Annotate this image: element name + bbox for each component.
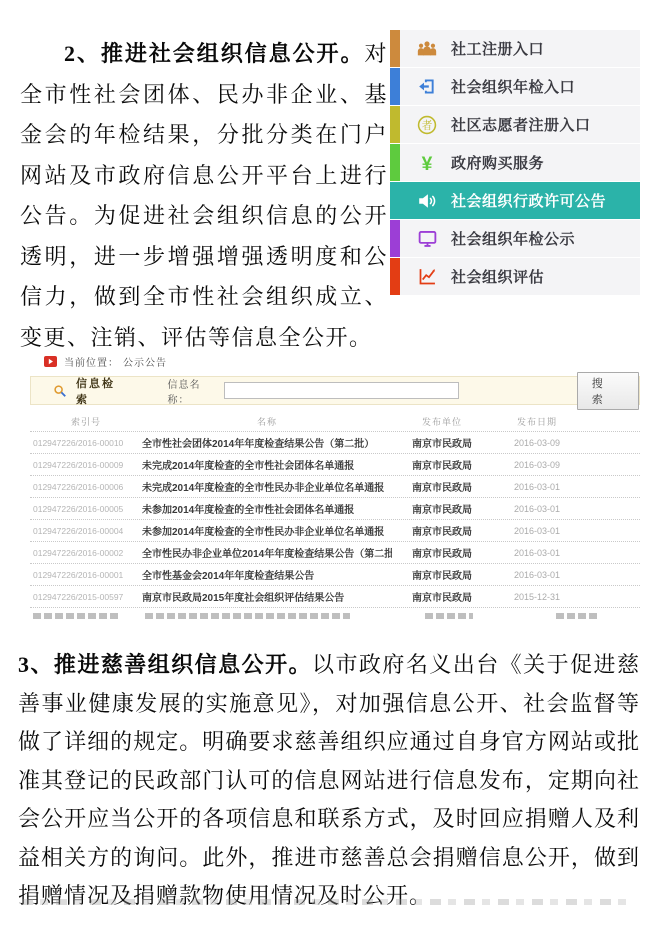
sidebar-item-7[interactable]: 社会组织评估 [390, 258, 640, 295]
cell-index-number: 012947226/2016-00002 [30, 548, 142, 558]
cell-title-link[interactable]: 全市性民办非企业单位2014年年度检查结果公告（第二批） [142, 545, 392, 560]
sidebar-item-5[interactable]: 社会组织行政许可公告 [390, 182, 640, 219]
search-field-label: 信息名称： [168, 376, 220, 406]
cell-index-number: 012947226/2016-00009 [30, 460, 142, 470]
cell-publish-date: 2016-03-01 [492, 548, 582, 558]
search-panel-title: 信息检索 [76, 375, 126, 407]
cell-title-link[interactable]: 未完成2014年度检查的全市性社会团体名单通报 [142, 457, 392, 472]
section-2-body: 对全市性社会团体、民办非企业、基金会的年检结果，分批分类在门户网站及市政府信息公… [20, 41, 388, 350]
table-header-row: 索引号 名称 发布单位 发布日期 [30, 412, 640, 432]
volunteer-icon: 者 [415, 113, 439, 137]
sidebar-item-label: 社工注册入口 [451, 38, 544, 59]
sidebar-item-label: 社会组织年检公示 [451, 228, 575, 249]
sidebar-menu: 社工注册入口社会组织年检入口者社区志愿者注册入口¥政府购买服务社会组织行政许可公… [390, 30, 640, 296]
cell-title-link[interactable]: 南京市民政局2015年度社会组织评估结果公告 [142, 589, 392, 604]
svg-text:¥: ¥ [422, 153, 433, 173]
header-index: 索引号 [30, 415, 142, 428]
clipped-text-line [22, 899, 632, 905]
section-3-body: 以市政府名义出台《关于促进慈善事业健康发展的实施意见》，对加强信息公开、社会监督… [18, 652, 640, 908]
search-button[interactable]: 搜 索 [577, 372, 639, 410]
cell-publish-date: 2016-03-01 [492, 570, 582, 580]
people-icon [415, 37, 439, 61]
cell-publish-date: 2016-03-01 [492, 504, 582, 514]
clipped-cell [33, 613, 121, 619]
sidebar-item-label: 政府购买服务 [451, 152, 544, 173]
svg-text:者: 者 [422, 118, 433, 131]
clipped-cell [145, 613, 350, 619]
item-color-bar [390, 106, 400, 143]
table-row[interactable]: 012947226/2016-00006未完成2014年度检查的全市性民办非企业… [30, 476, 640, 498]
cell-title-link[interactable]: 未参加2014年度检查的全市性民办非企业单位名单通报 [142, 523, 392, 538]
paragraph-section-2: 2、推进社会组织信息公开。对全市性社会团体、民办非企业、基金会的年检结果，分批分… [20, 34, 388, 358]
cell-publish-unit: 南京市民政局 [392, 501, 492, 516]
paragraph-section-3: 3、推进慈善组织信息公开。以市政府名义出台《关于促进慈善事业健康发展的实施意见》… [18, 646, 640, 916]
yuan-icon: ¥ [415, 151, 439, 175]
search-panel: 信息检索 信息名称： 搜 索 [30, 376, 640, 405]
sidebar-item-1[interactable]: 社工注册入口 [390, 30, 640, 67]
monitor-icon [415, 227, 439, 251]
breadcrumb-label: 当前位置： [64, 354, 119, 369]
breadcrumb: 当前位置： 公示公告 [44, 352, 640, 370]
location-icon [44, 356, 57, 367]
sidebar-item-label: 社会组织评估 [451, 266, 544, 287]
breadcrumb-current: 公示公告 [123, 354, 167, 369]
cell-index-number: 012947226/2016-00004 [30, 526, 142, 536]
cell-publish-unit: 南京市民政局 [392, 457, 492, 472]
cell-title-link[interactable]: 全市性基金会2014年年度检查结果公告 [142, 567, 392, 582]
cell-publish-unit: 南京市民政局 [392, 589, 492, 604]
cell-title-link[interactable]: 未完成2014年度检查的全市性民办非企业单位名单通报 [142, 479, 392, 494]
header-unit: 发布单位 [392, 415, 492, 428]
sidebar-item-6[interactable]: 社会组织年检公示 [390, 220, 640, 257]
item-color-bar [390, 144, 400, 181]
cell-publish-date: 2016-03-01 [492, 526, 582, 536]
cell-index-number: 012947226/2016-00006 [30, 482, 142, 492]
clipped-cell [556, 613, 598, 619]
sidebar-item-2[interactable]: 社会组织年检入口 [390, 68, 640, 105]
item-color-bar [390, 182, 400, 219]
table-row-clipped [30, 608, 640, 619]
login-icon [415, 75, 439, 99]
item-color-bar [390, 258, 400, 295]
cell-publish-date: 2016-03-09 [492, 438, 582, 448]
cell-publish-unit: 南京市民政局 [392, 567, 492, 582]
chart-icon [415, 265, 439, 289]
sidebar-item-label: 社会组织年检入口 [451, 76, 575, 97]
sidebar-item-4[interactable]: ¥政府购买服务 [390, 144, 640, 181]
cell-publish-date: 2016-03-09 [492, 460, 582, 470]
cell-index-number: 012947226/2015-00597 [30, 592, 142, 602]
cell-index-number: 012947226/2016-00005 [30, 504, 142, 514]
cell-publish-date: 2015-12-31 [492, 592, 582, 602]
website-screenshot: 当前位置： 公示公告 信息检索 信息名称： 搜 索 索引号 名称 发布单位 发布… [30, 348, 640, 625]
cell-publish-date: 2016-03-01 [492, 482, 582, 492]
results-table: 索引号 名称 发布单位 发布日期 012947226/2016-00010全市性… [30, 412, 640, 619]
table-row[interactable]: 012947226/2015-00597南京市民政局2015年度社会组织评估结果… [30, 586, 640, 608]
table-row[interactable]: 012947226/2016-00002全市性民办非企业单位2014年年度检查结… [30, 542, 640, 564]
item-color-bar [390, 68, 400, 105]
cell-publish-unit: 南京市民政局 [392, 479, 492, 494]
section-2-heading: 2、推进社会组织信息公开。 [64, 41, 364, 66]
cell-index-number: 012947226/2016-00010 [30, 438, 142, 448]
clipped-cell [425, 613, 473, 619]
speaker-icon [415, 189, 439, 213]
sidebar-item-label: 社会组织行政许可公告 [451, 190, 606, 211]
table-row[interactable]: 012947226/2016-00010全市性社会团体2014年年度检查结果公告… [30, 432, 640, 454]
search-input[interactable] [224, 382, 459, 399]
table-row[interactable]: 012947226/2016-00009未完成2014年度检查的全市性社会团体名… [30, 454, 640, 476]
section-3-heading: 3、推进慈善组织信息公开。 [18, 652, 312, 677]
sidebar-item-3[interactable]: 者社区志愿者注册入口 [390, 106, 640, 143]
header-date: 发布日期 [492, 415, 582, 428]
cell-publish-unit: 南京市民政局 [392, 435, 492, 450]
cell-title-link[interactable]: 未参加2014年度检查的全市性社会团体名单通报 [142, 501, 392, 516]
table-row[interactable]: 012947226/2016-00005未参加2014年度检查的全市性社会团体名… [30, 498, 640, 520]
cell-publish-unit: 南京市民政局 [392, 545, 492, 560]
table-row[interactable]: 012947226/2016-00001全市性基金会2014年年度检查结果公告南… [30, 564, 640, 586]
sidebar-item-label: 社区志愿者注册入口 [451, 114, 591, 135]
search-icon [53, 384, 67, 398]
results-table-body: 012947226/2016-00010全市性社会团体2014年年度检查结果公告… [30, 432, 640, 619]
header-name: 名称 [142, 415, 392, 428]
item-color-bar [390, 220, 400, 257]
cell-index-number: 012947226/2016-00001 [30, 570, 142, 580]
document-page: 2、推进社会组织信息公开。对全市性社会团体、民办非企业、基金会的年检结果，分批分… [0, 0, 653, 937]
cell-publish-unit: 南京市民政局 [392, 523, 492, 538]
cell-title-link[interactable]: 全市性社会团体2014年年度检查结果公告（第二批） [142, 435, 392, 450]
table-row[interactable]: 012947226/2016-00004未参加2014年度检查的全市性民办非企业… [30, 520, 640, 542]
item-color-bar [390, 30, 400, 67]
